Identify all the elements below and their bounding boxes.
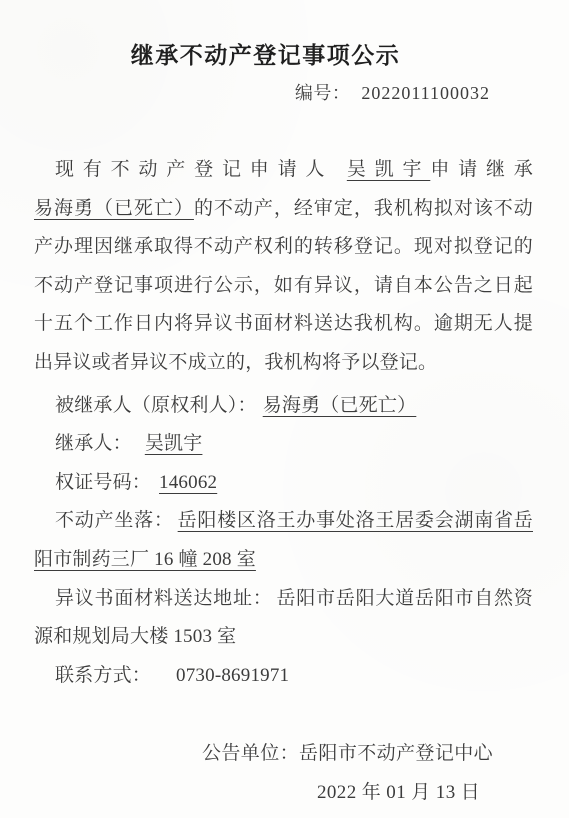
- page-title: 继承不动产登记事项公示: [16, 37, 515, 70]
- paragraph-connector: 申请继承: [430, 159, 533, 180]
- issuer-label: 公告单位：: [202, 743, 299, 764]
- doc-number-label: 编号：: [295, 83, 351, 103]
- field-certificate-number-value: 146062: [159, 472, 217, 493]
- field-decedent: 被继承人（原权利人）：易海勇（已死亡）: [34, 387, 533, 426]
- field-contact-phone: 联系方式：0730-8691971: [34, 657, 533, 696]
- field-list: 被继承人（原权利人）：易海勇（已死亡） 继承人：吴凯宇 权证号码：146062 …: [34, 387, 533, 696]
- field-heir-label: 继承人：: [55, 433, 132, 454]
- footer: 公告单位：岳阳市不动产登记中心 2022 年 01 月 13 日: [34, 735, 533, 812]
- field-contact-phone-value: 0730-8691971: [176, 665, 289, 686]
- issuer-line: 公告单位：岳阳市不动产登记中心: [34, 735, 533, 774]
- field-heir: 继承人：吴凯宇: [34, 425, 533, 464]
- issuer-name: 岳阳市不动产登记中心: [299, 743, 493, 764]
- field-property-location-label: 不动产坐落：: [55, 510, 174, 531]
- applicant-name: 吴凯宇: [347, 159, 430, 180]
- doc-number-line: 编号：2022011100032: [34, 79, 533, 105]
- paragraph-body: 的不动产，经审定，我机构拟对该不动产办理因继承取得不动产权利的转移登记。现对拟登…: [34, 198, 533, 373]
- notice-paragraph: 现有不动产登记申请人 吴凯宇申请继承易海勇（已死亡）的不动产，经审定，我机构拟对…: [34, 151, 533, 383]
- decedent-name: 易海勇（已死亡）: [34, 198, 194, 219]
- field-certificate-number: 权证号码：146062: [34, 464, 533, 503]
- field-certificate-number-label: 权证号码：: [55, 472, 151, 493]
- doc-number-value: 2022011100032: [361, 83, 490, 103]
- paragraph-intro: 现有不动产登记申请人: [55, 159, 347, 180]
- field-heir-value: 吴凯宇: [145, 433, 203, 454]
- field-decedent-label: 被继承人（原权利人）：: [55, 395, 257, 416]
- field-property-location: 不动产坐落：岳阳楼区洛王办事处洛王居委会湖南省岳阳市制药三厂 16 幢 208 …: [34, 502, 533, 579]
- field-objection-address-label: 异议书面材料送达地址：: [55, 588, 273, 609]
- field-decedent-value: 易海勇（已死亡）: [263, 395, 417, 416]
- field-objection-address: 异议书面材料送达地址：岳阳市岳阳大道岳阳市自然资源和规划局大楼 1503 室: [34, 580, 533, 657]
- issue-date: 2022 年 01 月 13 日: [34, 774, 533, 813]
- field-contact-phone-label: 联系方式：: [55, 665, 151, 686]
- notice-document: 继承不动产登记事项公示 编号：2022011100032 现有不动产登记申请人 …: [0, 0, 569, 818]
